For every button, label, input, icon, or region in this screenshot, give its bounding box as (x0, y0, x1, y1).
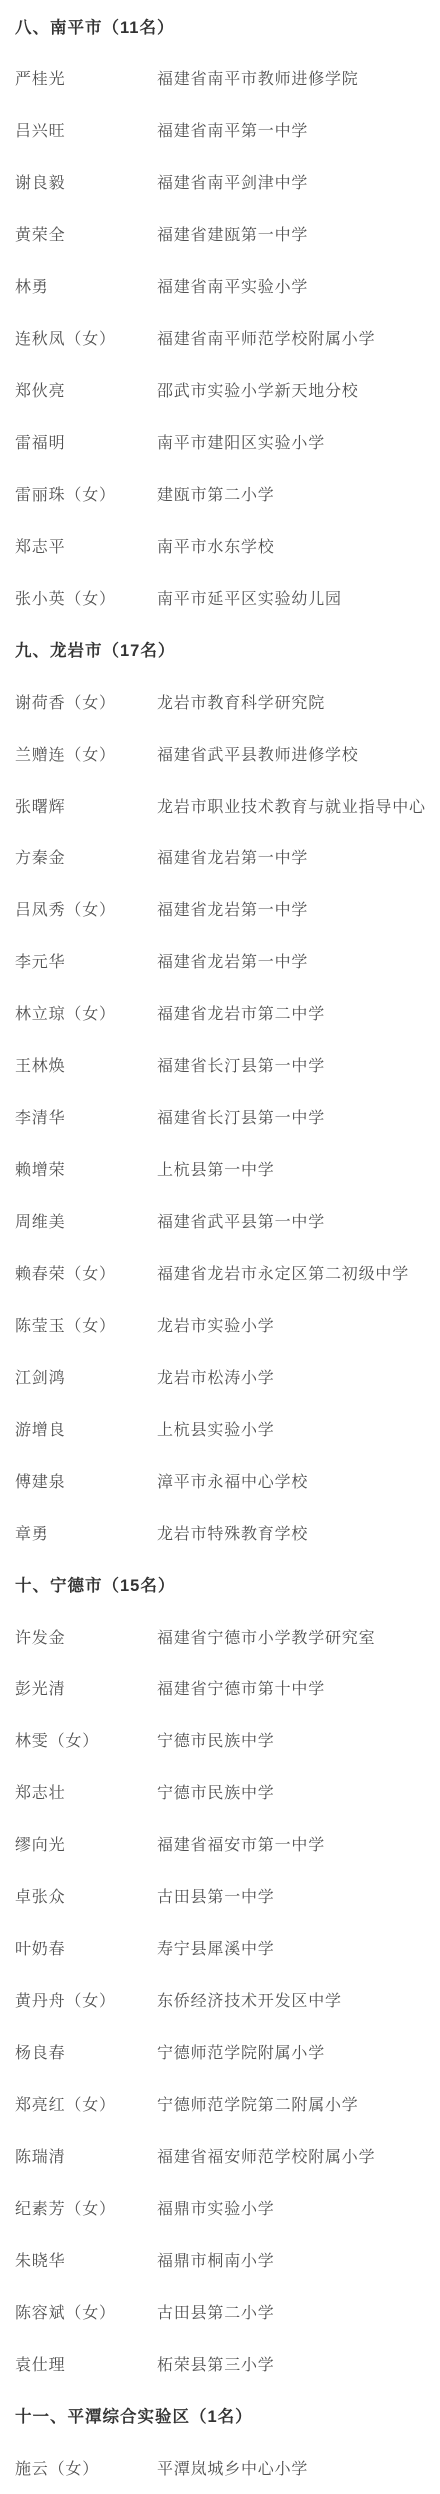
person-organization: 福建省南平市教师进修学院 (157, 66, 432, 89)
person-organization: 上杭县第一中学 (157, 1157, 432, 1180)
entry-row: 兰赠连（女）福建省武平县教师进修学校 (0, 727, 440, 779)
entry-row: 赖春荣（女）福建省龙岩市永定区第二初级中学 (0, 1247, 440, 1299)
entry-row: 林雯（女）宁德市民族中学 (0, 1714, 440, 1766)
person-name: 纪素芳（女） (15, 2196, 157, 2219)
entry-row: 方秦金福建省龙岩第一中学 (0, 831, 440, 883)
person-name: 朱晓华 (15, 2248, 157, 2271)
person-organization: 南平市水东学校 (157, 534, 432, 557)
person-name: 缪向光 (15, 1832, 157, 1855)
entry-row: 陈莹玉（女）龙岩市实验小学 (0, 1298, 440, 1350)
entry-row: 张小英（女）南平市延平区实验幼儿园 (0, 571, 440, 623)
person-name: 林勇 (15, 274, 157, 297)
person-name: 施云（女） (15, 2456, 157, 2479)
entry-row: 杨良春宁德师范学院附属小学 (0, 2026, 440, 2078)
section-title: 十一、平潭综合实验区（1名） (15, 2403, 253, 2427)
person-organization: 福建省南平师范学校附属小学 (157, 326, 432, 349)
entry-row: 吕兴旺福建省南平第一中学 (0, 104, 440, 156)
award-name-list-document: 八、南平市（11名）严桂光福建省南平市教师进修学院吕兴旺福建省南平第一中学谢良毅… (0, 0, 440, 2494)
entry-row: 雷福明南平市建阳区实验小学 (0, 416, 440, 468)
entry-row: 连秋凤（女）福建省南平师范学校附属小学 (0, 312, 440, 364)
section-title: 九、龙岩市（17名） (15, 637, 175, 661)
person-organization: 建瓯市第二小学 (157, 482, 432, 505)
entry-row: 叶奶春寿宁县犀溪中学 (0, 1922, 440, 1974)
entry-row: 谢荷香（女）龙岩市教育科学研究院 (0, 675, 440, 727)
person-organization: 邵武市实验小学新天地分校 (157, 378, 432, 401)
person-name: 卓张众 (15, 1884, 157, 1907)
person-organization: 福建省建瓯第一中学 (157, 222, 432, 245)
entry-row: 卓张众古田县第一中学 (0, 1870, 440, 1922)
person-organization: 漳平市永福中心学校 (157, 1469, 432, 1492)
person-name: 赖增荣 (15, 1157, 157, 1180)
entry-row: 林立琼（女）福建省龙岩市第二中学 (0, 987, 440, 1039)
person-name: 方秦金 (15, 845, 157, 868)
section-header-row: 十、宁德市（15名） (0, 1558, 440, 1610)
person-name: 雷福明 (15, 430, 157, 453)
entry-row: 谢良毅福建省南平剑津中学 (0, 156, 440, 208)
person-name: 谢荷香（女） (15, 690, 157, 713)
person-organization: 宁德师范学院附属小学 (157, 2040, 432, 2063)
entry-row: 吕凤秀（女）福建省龙岩第一中学 (0, 883, 440, 935)
person-name: 叶奶春 (15, 1936, 157, 1959)
entry-row: 江剑鸿龙岩市松涛小学 (0, 1350, 440, 1402)
section-header-row: 八、南平市（11名） (0, 0, 440, 52)
entry-row: 章勇龙岩市特殊教育学校 (0, 1506, 440, 1558)
person-name: 雷丽珠（女） (15, 482, 157, 505)
entry-row: 朱晓华福鼎市桐南小学 (0, 2233, 440, 2285)
person-name: 彭光清 (15, 1676, 157, 1699)
person-name: 严桂光 (15, 66, 157, 89)
entry-row: 周维美福建省武平县第一中学 (0, 1195, 440, 1247)
person-organization: 福建省长汀县第一中学 (157, 1105, 432, 1128)
entry-row: 郑伙亮邵武市实验小学新天地分校 (0, 364, 440, 416)
person-name: 陈莹玉（女） (15, 1313, 157, 1336)
person-organization: 福建省龙岩第一中学 (157, 845, 432, 868)
person-name: 周维美 (15, 1209, 157, 1232)
person-name: 张小英（女） (15, 586, 157, 609)
person-organization: 福建省长汀县第一中学 (157, 1053, 432, 1076)
person-organization: 福鼎市实验小学 (157, 2196, 432, 2219)
person-organization: 平潭岚城乡中心小学 (157, 2456, 432, 2479)
person-organization: 福建省龙岩市永定区第二初级中学 (157, 1261, 432, 1284)
person-name: 袁仕理 (15, 2352, 157, 2375)
person-organization: 龙岩市松涛小学 (157, 1365, 432, 1388)
person-organization: 古田县第二小学 (157, 2300, 432, 2323)
person-name: 黄丹舟（女） (15, 1988, 157, 2011)
entry-row: 傅建泉漳平市永福中心学校 (0, 1454, 440, 1506)
person-name: 章勇 (15, 1521, 157, 1544)
entry-row: 陈容斌（女）古田县第二小学 (0, 2285, 440, 2337)
person-name: 赖春荣（女） (15, 1261, 157, 1284)
person-organization: 龙岩市教育科学研究院 (157, 690, 432, 713)
person-organization: 宁德市民族中学 (157, 1780, 432, 1803)
person-organization: 宁德师范学院第二附属小学 (157, 2092, 432, 2115)
person-organization: 福建省宁德市小学教学研究室 (157, 1625, 432, 1648)
entry-row: 李清华福建省长汀县第一中学 (0, 1091, 440, 1143)
person-name: 江剑鸿 (15, 1365, 157, 1388)
person-organization: 柘荣县第三小学 (157, 2352, 432, 2375)
person-name: 傅建泉 (15, 1469, 157, 1492)
person-organization: 古田县第一中学 (157, 1884, 432, 1907)
person-organization: 福建省南平实验小学 (157, 274, 432, 297)
person-name: 吕凤秀（女） (15, 897, 157, 920)
person-organization: 福建省龙岩市第二中学 (157, 1001, 432, 1024)
entry-row: 严桂光福建省南平市教师进修学院 (0, 52, 440, 104)
person-name: 林立琼（女） (15, 1001, 157, 1024)
entry-row: 陈瑞清福建省福安师范学校附属小学 (0, 2129, 440, 2181)
person-name: 郑亮红（女） (15, 2092, 157, 2115)
person-organization: 福鼎市桐南小学 (157, 2248, 432, 2271)
person-organization: 龙岩市职业技术教育与就业指导中心 (157, 794, 432, 817)
person-organization: 福建省龙岩第一中学 (157, 897, 432, 920)
person-name: 王林焕 (15, 1053, 157, 1076)
section-header-row: 九、龙岩市（17名） (0, 623, 440, 675)
person-name: 林雯（女） (15, 1728, 157, 1751)
person-name: 张曙辉 (15, 794, 157, 817)
entry-row: 王林焕福建省长汀县第一中学 (0, 1039, 440, 1091)
person-name: 游增良 (15, 1417, 157, 1440)
person-name: 黄荣全 (15, 222, 157, 245)
person-organization: 南平市建阳区实验小学 (157, 430, 432, 453)
entry-row: 缪向光福建省福安市第一中学 (0, 1818, 440, 1870)
person-name: 兰赠连（女） (15, 742, 157, 765)
person-name: 连秋凤（女） (15, 326, 157, 349)
person-organization: 福建省南平第一中学 (157, 118, 432, 141)
entry-row: 黄丹舟（女）东侨经济技术开发区中学 (0, 1974, 440, 2026)
section-header-row: 十一、平潭综合实验区（1名） (0, 2389, 440, 2441)
section-title: 十、宁德市（15名） (15, 1572, 175, 1596)
entry-row: 许发金福建省宁德市小学教学研究室 (0, 1610, 440, 1662)
person-organization: 福建省龙岩第一中学 (157, 949, 432, 972)
person-name: 李清华 (15, 1105, 157, 1128)
person-name: 许发金 (15, 1625, 157, 1648)
person-organization: 福建省福安师范学校附属小学 (157, 2144, 432, 2167)
person-organization: 寿宁县犀溪中学 (157, 1936, 432, 1959)
person-organization: 龙岩市特殊教育学校 (157, 1521, 432, 1544)
person-name: 郑志平 (15, 534, 157, 557)
entry-row: 郑志壮宁德市民族中学 (0, 1766, 440, 1818)
entry-row: 袁仕理柘荣县第三小学 (0, 2337, 440, 2389)
person-organization: 上杭县实验小学 (157, 1417, 432, 1440)
entry-row: 施云（女）平潭岚城乡中心小学 (0, 2441, 440, 2493)
entry-row: 林勇福建省南平实验小学 (0, 260, 440, 312)
person-organization: 福建省南平剑津中学 (157, 170, 432, 193)
person-organization: 宁德市民族中学 (157, 1728, 432, 1751)
entry-row: 张曙辉龙岩市职业技术教育与就业指导中心 (0, 779, 440, 831)
person-organization: 福建省福安市第一中学 (157, 1832, 432, 1855)
person-name: 杨良春 (15, 2040, 157, 2063)
entry-row: 郑志平南平市水东学校 (0, 519, 440, 571)
person-name: 郑志壮 (15, 1780, 157, 1803)
person-name: 陈瑞清 (15, 2144, 157, 2167)
entry-row: 彭光清福建省宁德市第十中学 (0, 1662, 440, 1714)
entry-row: 纪素芳（女）福鼎市实验小学 (0, 2181, 440, 2233)
person-organization: 福建省武平县第一中学 (157, 1209, 432, 1232)
person-organization: 福建省宁德市第十中学 (157, 1676, 432, 1699)
entry-row: 郑亮红（女）宁德师范学院第二附属小学 (0, 2078, 440, 2130)
section-title: 八、南平市（11名） (15, 14, 174, 38)
person-name: 吕兴旺 (15, 118, 157, 141)
person-organization: 南平市延平区实验幼儿园 (157, 586, 432, 609)
person-organization: 龙岩市实验小学 (157, 1313, 432, 1336)
entry-row: 赖增荣上杭县第一中学 (0, 1143, 440, 1195)
entry-row: 李元华福建省龙岩第一中学 (0, 935, 440, 987)
person-organization: 东侨经济技术开发区中学 (157, 1988, 432, 2011)
entry-row: 雷丽珠（女）建瓯市第二小学 (0, 467, 440, 519)
person-organization: 福建省武平县教师进修学校 (157, 742, 432, 765)
person-name: 郑伙亮 (15, 378, 157, 401)
person-name: 谢良毅 (15, 170, 157, 193)
person-name: 陈容斌（女） (15, 2300, 157, 2323)
entry-row: 黄荣全福建省建瓯第一中学 (0, 208, 440, 260)
person-name: 李元华 (15, 949, 157, 972)
entry-row: 游增良上杭县实验小学 (0, 1402, 440, 1454)
